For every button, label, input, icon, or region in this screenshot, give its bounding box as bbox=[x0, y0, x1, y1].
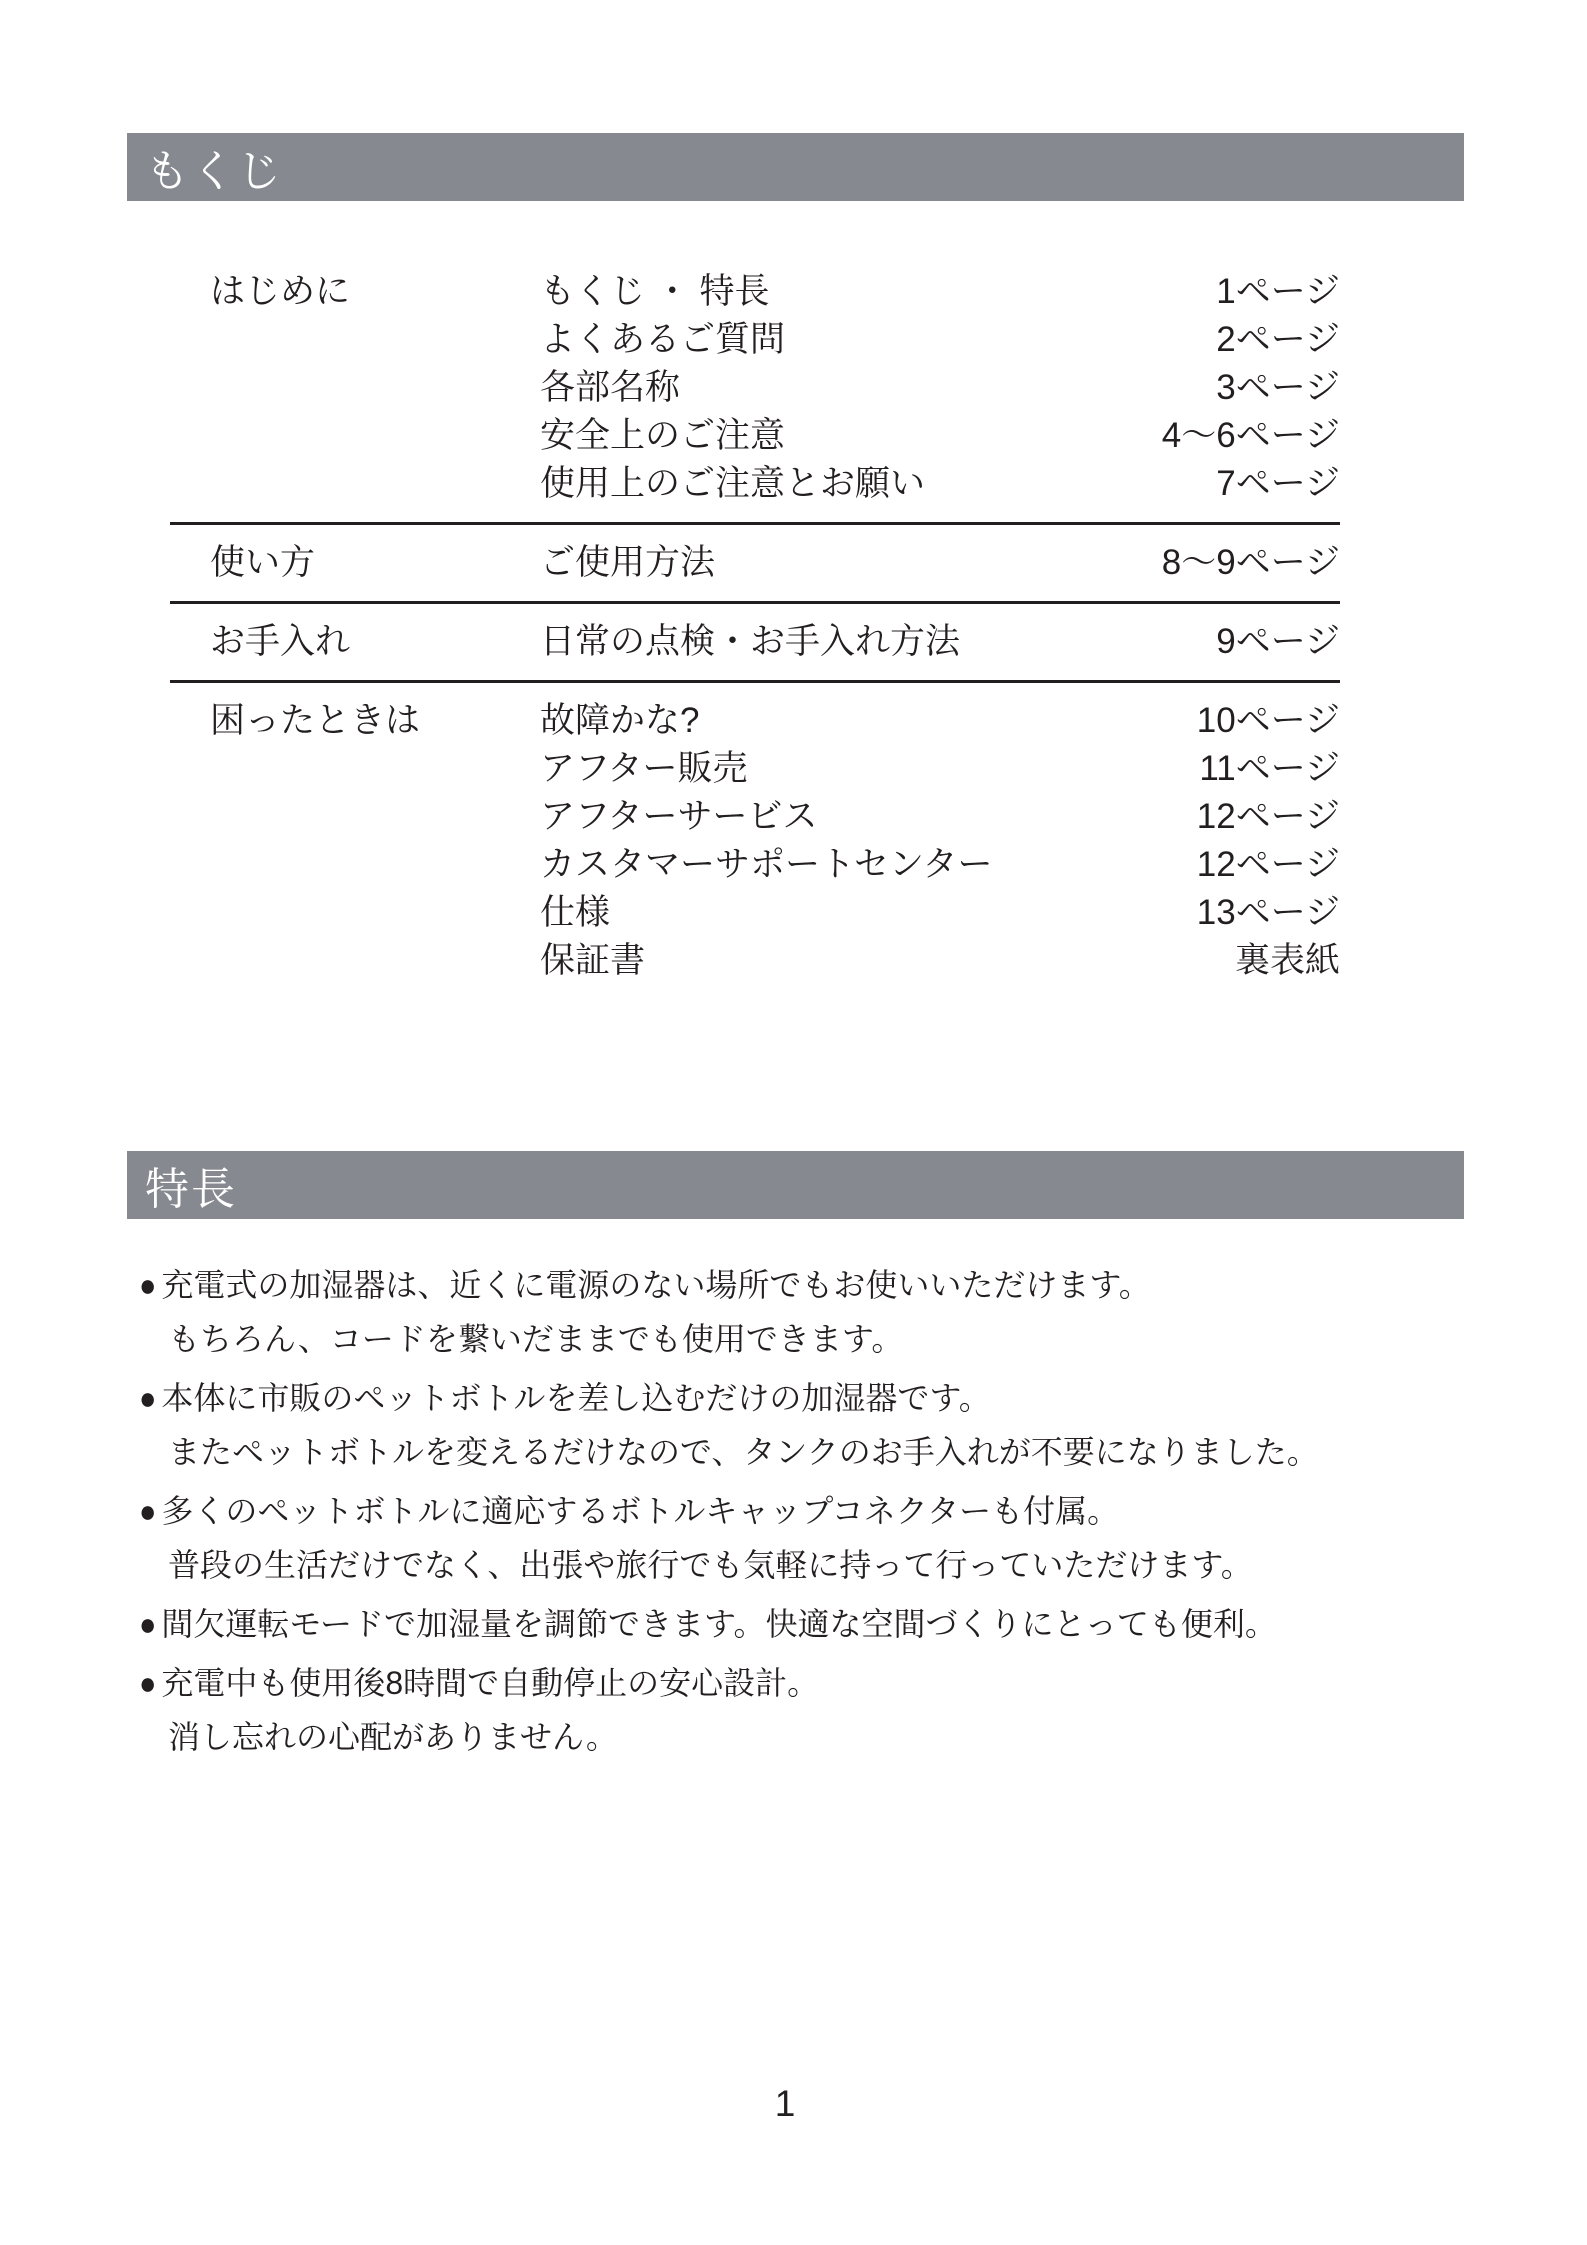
bullet-icon: ● bbox=[139, 1371, 156, 1425]
toc-entry-title: 各部名称 bbox=[540, 364, 680, 412]
feature-item: ●本体に市販のペットボトルを差し込むだけの加湿器です。 またペットボトルを変える… bbox=[138, 1371, 1498, 1479]
feature-line: 普段の生活だけでなく、出張や旅行でも気軽に持って行っていただけます。 bbox=[138, 1538, 1498, 1592]
toc-entry-title: カスタマーサポートセンター bbox=[540, 841, 993, 889]
toc-row: 日常の点検・お手入れ方法 9ページ bbox=[540, 618, 1340, 666]
toc-group-maintenance: お手入れ 日常の点検・お手入れ方法 9ページ bbox=[170, 601, 1340, 680]
toc-entry-title: もくじ ・ 特長 bbox=[540, 268, 769, 316]
toc-entry-page: 1ページ bbox=[1196, 268, 1340, 316]
toc-row: アフター販売 11ページ bbox=[540, 745, 1340, 793]
feature-text: もちろん、コードを繋いだままでも使用できます。 bbox=[168, 1321, 903, 1357]
toc-row: 使用上のご注意とお願い 7ページ bbox=[540, 460, 1340, 508]
toc-entry-page: 11ページ bbox=[1179, 745, 1340, 793]
bullet-icon: ● bbox=[139, 1597, 156, 1651]
feature-line: ●間欠運転モードで加湿量を調節できます。快適な空間づくりにとっても便利。 bbox=[138, 1597, 1498, 1651]
toc-entry-title: 日常の点検・お手入れ方法 bbox=[540, 618, 960, 666]
toc-entry-page: 裏表紙 bbox=[1215, 937, 1340, 985]
toc-entry-title: 仕様 bbox=[540, 889, 610, 937]
feature-item: ●充電式の加湿器は、近くに電源のない場所でもお使いいただけます。 もちろん、コー… bbox=[138, 1258, 1498, 1366]
toc-entry-page: 12ページ bbox=[1177, 793, 1340, 841]
toc-row: ご使用方法 8〜9ページ bbox=[540, 539, 1340, 587]
toc-entry-title: アフター販売 bbox=[540, 745, 748, 793]
toc-items: ご使用方法 8〜9ページ bbox=[540, 539, 1340, 587]
feature-line: ●充電中も使用後8時間で自動停止の安心設計。 bbox=[138, 1656, 1498, 1710]
toc-items: 故障かな? 10ページ アフター販売 11ページ アフターサービス 12ページ … bbox=[540, 697, 1340, 985]
toc-row: 保証書 裏表紙 bbox=[540, 937, 1340, 985]
toc-entry-page: 10ページ bbox=[1177, 697, 1340, 745]
bullet-icon: ● bbox=[139, 1484, 156, 1538]
toc-category-label: お手入れ bbox=[170, 618, 540, 666]
bullet-icon: ● bbox=[139, 1656, 156, 1710]
toc-entry-page: 2ページ bbox=[1196, 316, 1340, 364]
toc-row: カスタマーサポートセンター 12ページ bbox=[540, 841, 1340, 889]
features-section-header: 特長 bbox=[127, 1151, 1464, 1219]
feature-item: ●多くのペットボトルに適応するボトルキャップコネクターも付属。 普段の生活だけで… bbox=[138, 1484, 1498, 1592]
toc-entry-title: 使用上のご注意とお願い bbox=[540, 460, 925, 508]
feature-text: 多くのペットボトルに適応するボトルキャップコネクターも付属。 bbox=[161, 1493, 1119, 1529]
feature-line: またペットボトルを変えるだけなので、タンクのお手入れが不要になりました。 bbox=[138, 1425, 1498, 1479]
feature-text: 充電式の加湿器は、近くに電源のない場所でもお使いいただけます。 bbox=[161, 1267, 1150, 1303]
toc-items: 日常の点検・お手入れ方法 9ページ bbox=[540, 618, 1340, 666]
feature-text: 間欠運転モードで加湿量を調節できます。快適な空間づくりにとっても便利。 bbox=[161, 1606, 1277, 1642]
toc-group-how-to-use: 使い方 ご使用方法 8〜9ページ bbox=[170, 522, 1340, 601]
toc-entry-title: 保証書 bbox=[540, 937, 645, 985]
feature-text: またペットボトルを変えるだけなので、タンクのお手入れが不要になりました。 bbox=[168, 1434, 1319, 1470]
feature-text: 普段の生活だけでなく、出張や旅行でも気軽に持って行っていただけます。 bbox=[168, 1547, 1253, 1583]
feature-line: 消し忘れの心配がありません。 bbox=[138, 1710, 1498, 1764]
toc-row: よくあるご質問 2ページ bbox=[540, 316, 1340, 364]
toc-table: はじめに もくじ ・ 特長 1ページ よくあるご質問 2ページ 各部名称 3ペー… bbox=[170, 268, 1340, 999]
feature-line: ●本体に市販のペットボトルを差し込むだけの加湿器です。 bbox=[138, 1371, 1498, 1425]
toc-entry-page: 13ページ bbox=[1177, 889, 1340, 937]
feature-line: ●多くのペットボトルに適応するボトルキャップコネクターも付属。 bbox=[138, 1484, 1498, 1538]
toc-entry-title: よくあるご質問 bbox=[540, 316, 785, 364]
feature-text: 充電中も使用後8時間で自動停止の安心設計。 bbox=[161, 1665, 819, 1701]
features-list: ●充電式の加湿器は、近くに電源のない場所でもお使いいただけます。 もちろん、コー… bbox=[138, 1258, 1498, 1769]
toc-entry-page: 7ページ bbox=[1196, 460, 1340, 508]
toc-section-title: もくじ bbox=[145, 135, 283, 199]
page-number: 1 bbox=[0, 2083, 1570, 2125]
toc-row: 各部名称 3ページ bbox=[540, 364, 1340, 412]
toc-category-label: はじめに bbox=[170, 268, 540, 508]
toc-entry-title: 故障かな? bbox=[540, 697, 699, 745]
toc-items: もくじ ・ 特長 1ページ よくあるご質問 2ページ 各部名称 3ページ 安全上… bbox=[540, 268, 1340, 508]
toc-row: 仕様 13ページ bbox=[540, 889, 1340, 937]
toc-entry-title: 安全上のご注意 bbox=[540, 412, 785, 460]
toc-category-label: 使い方 bbox=[170, 539, 540, 587]
feature-item: ●間欠運転モードで加湿量を調節できます。快適な空間づくりにとっても便利。 bbox=[138, 1597, 1498, 1651]
toc-entry-title: ご使用方法 bbox=[540, 539, 715, 587]
feature-text: 本体に市販のペットボトルを差し込むだけの加湿器です。 bbox=[161, 1380, 990, 1416]
toc-entry-page: 3ページ bbox=[1196, 364, 1340, 412]
feature-line: ●充電式の加湿器は、近くに電源のない場所でもお使いいただけます。 bbox=[138, 1258, 1498, 1312]
toc-group-troubleshooting: 困ったときは 故障かな? 10ページ アフター販売 11ページ アフターサービス… bbox=[170, 680, 1340, 999]
toc-entry-page: 9ページ bbox=[1196, 618, 1340, 666]
toc-entry-page: 12ページ bbox=[1177, 841, 1340, 889]
toc-row: 故障かな? 10ページ bbox=[540, 697, 1340, 745]
toc-category-label: 困ったときは bbox=[170, 697, 540, 985]
feature-line: もちろん、コードを繋いだままでも使用できます。 bbox=[138, 1312, 1498, 1366]
feature-item: ●充電中も使用後8時間で自動停止の安心設計。 消し忘れの心配がありません。 bbox=[138, 1656, 1498, 1764]
toc-group-introduction: はじめに もくじ ・ 特長 1ページ よくあるご質問 2ページ 各部名称 3ペー… bbox=[170, 268, 1340, 522]
toc-entry-title: アフターサービス bbox=[540, 793, 818, 841]
bullet-icon: ● bbox=[139, 1258, 156, 1312]
toc-row: もくじ ・ 特長 1ページ bbox=[540, 268, 1340, 316]
toc-row: アフターサービス 12ページ bbox=[540, 793, 1340, 841]
feature-text: 消し忘れの心配がありません。 bbox=[168, 1719, 618, 1755]
toc-section-header: もくじ bbox=[127, 133, 1464, 201]
toc-entry-page: 4〜6ページ bbox=[1142, 412, 1340, 460]
toc-entry-page: 8〜9ページ bbox=[1142, 539, 1340, 587]
features-section-title: 特長 bbox=[145, 1153, 237, 1217]
toc-row: 安全上のご注意 4〜6ページ bbox=[540, 412, 1340, 460]
